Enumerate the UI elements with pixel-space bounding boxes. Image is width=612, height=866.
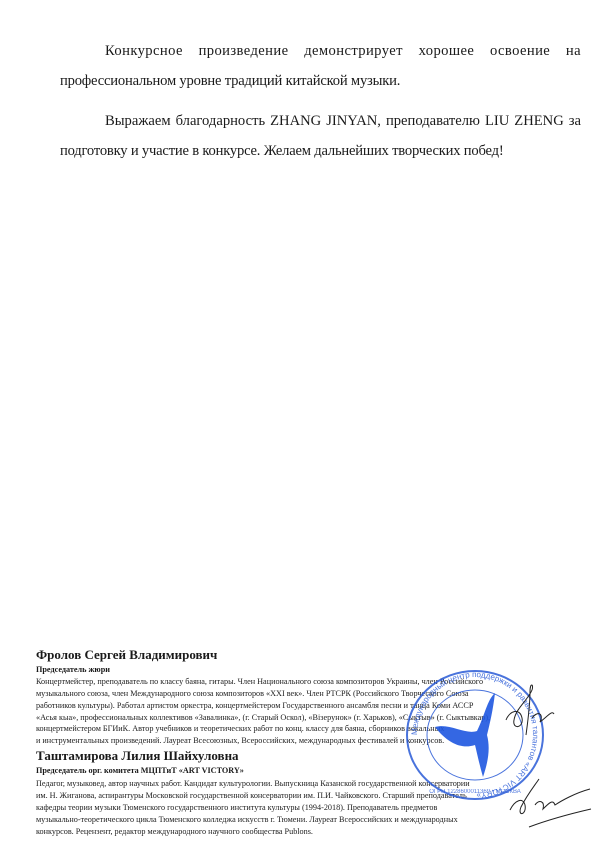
paragraph-2-line-1: Выражаем благодарность ZHANG JINYAN, пре…	[105, 113, 581, 130]
signature-2-icon	[505, 775, 595, 835]
jury-member-2-name: Таштамирова Лилия Шайхуловна	[36, 748, 239, 764]
jury-member-1-bio-line: Концертмейстер, преподаватель по классу …	[36, 676, 483, 688]
paragraph-1-line-1: Конкурсное произведение демонстрирует хо…	[105, 43, 581, 60]
jury-member-1-bio-line: музыкального союза, член Международного …	[36, 688, 468, 700]
paragraph-2-line-2: подготовку и участие в конкурсе. Желаем …	[60, 143, 504, 160]
paragraph-1-line-2: профессиональном уровне традиций китайск…	[60, 73, 400, 90]
jury-member-1-role: Председатель жюри	[36, 665, 110, 674]
signature-1-icon	[498, 680, 558, 745]
jury-member-1-bio-line: и инструментальных произведений. Лауреат…	[36, 735, 444, 747]
jury-member-1-bio-line: концертмейстером БГИиК. Автор учебников …	[36, 723, 444, 735]
jury-member-2-bio-line: кафедры теории музыки Тюменского государ…	[36, 802, 437, 814]
jury-member-1-bio-line: «Асья кыа», профессиональных коллективов…	[36, 712, 490, 724]
jury-member-1-bio-line: работников культуры). Работал артистом о…	[36, 700, 473, 712]
jury-member-2-bio-line: Педагог, музыковед, автор научных работ.…	[36, 778, 470, 790]
jury-member-2-bio-line: конкурсов. Рецензент, редактор междунаро…	[36, 826, 313, 838]
jury-member-1-name: Фролов Сергей Владимирович	[36, 647, 217, 663]
jury-member-2-role: Председатель орг. комитета МЦПТиТ «ART V…	[36, 766, 244, 775]
jury-member-2-bio-line: музыкально-теоретического цикла Тюменско…	[36, 814, 458, 826]
jury-member-2-bio-line: им. Н. Жиганова, аспирантуры Московской …	[36, 790, 467, 802]
